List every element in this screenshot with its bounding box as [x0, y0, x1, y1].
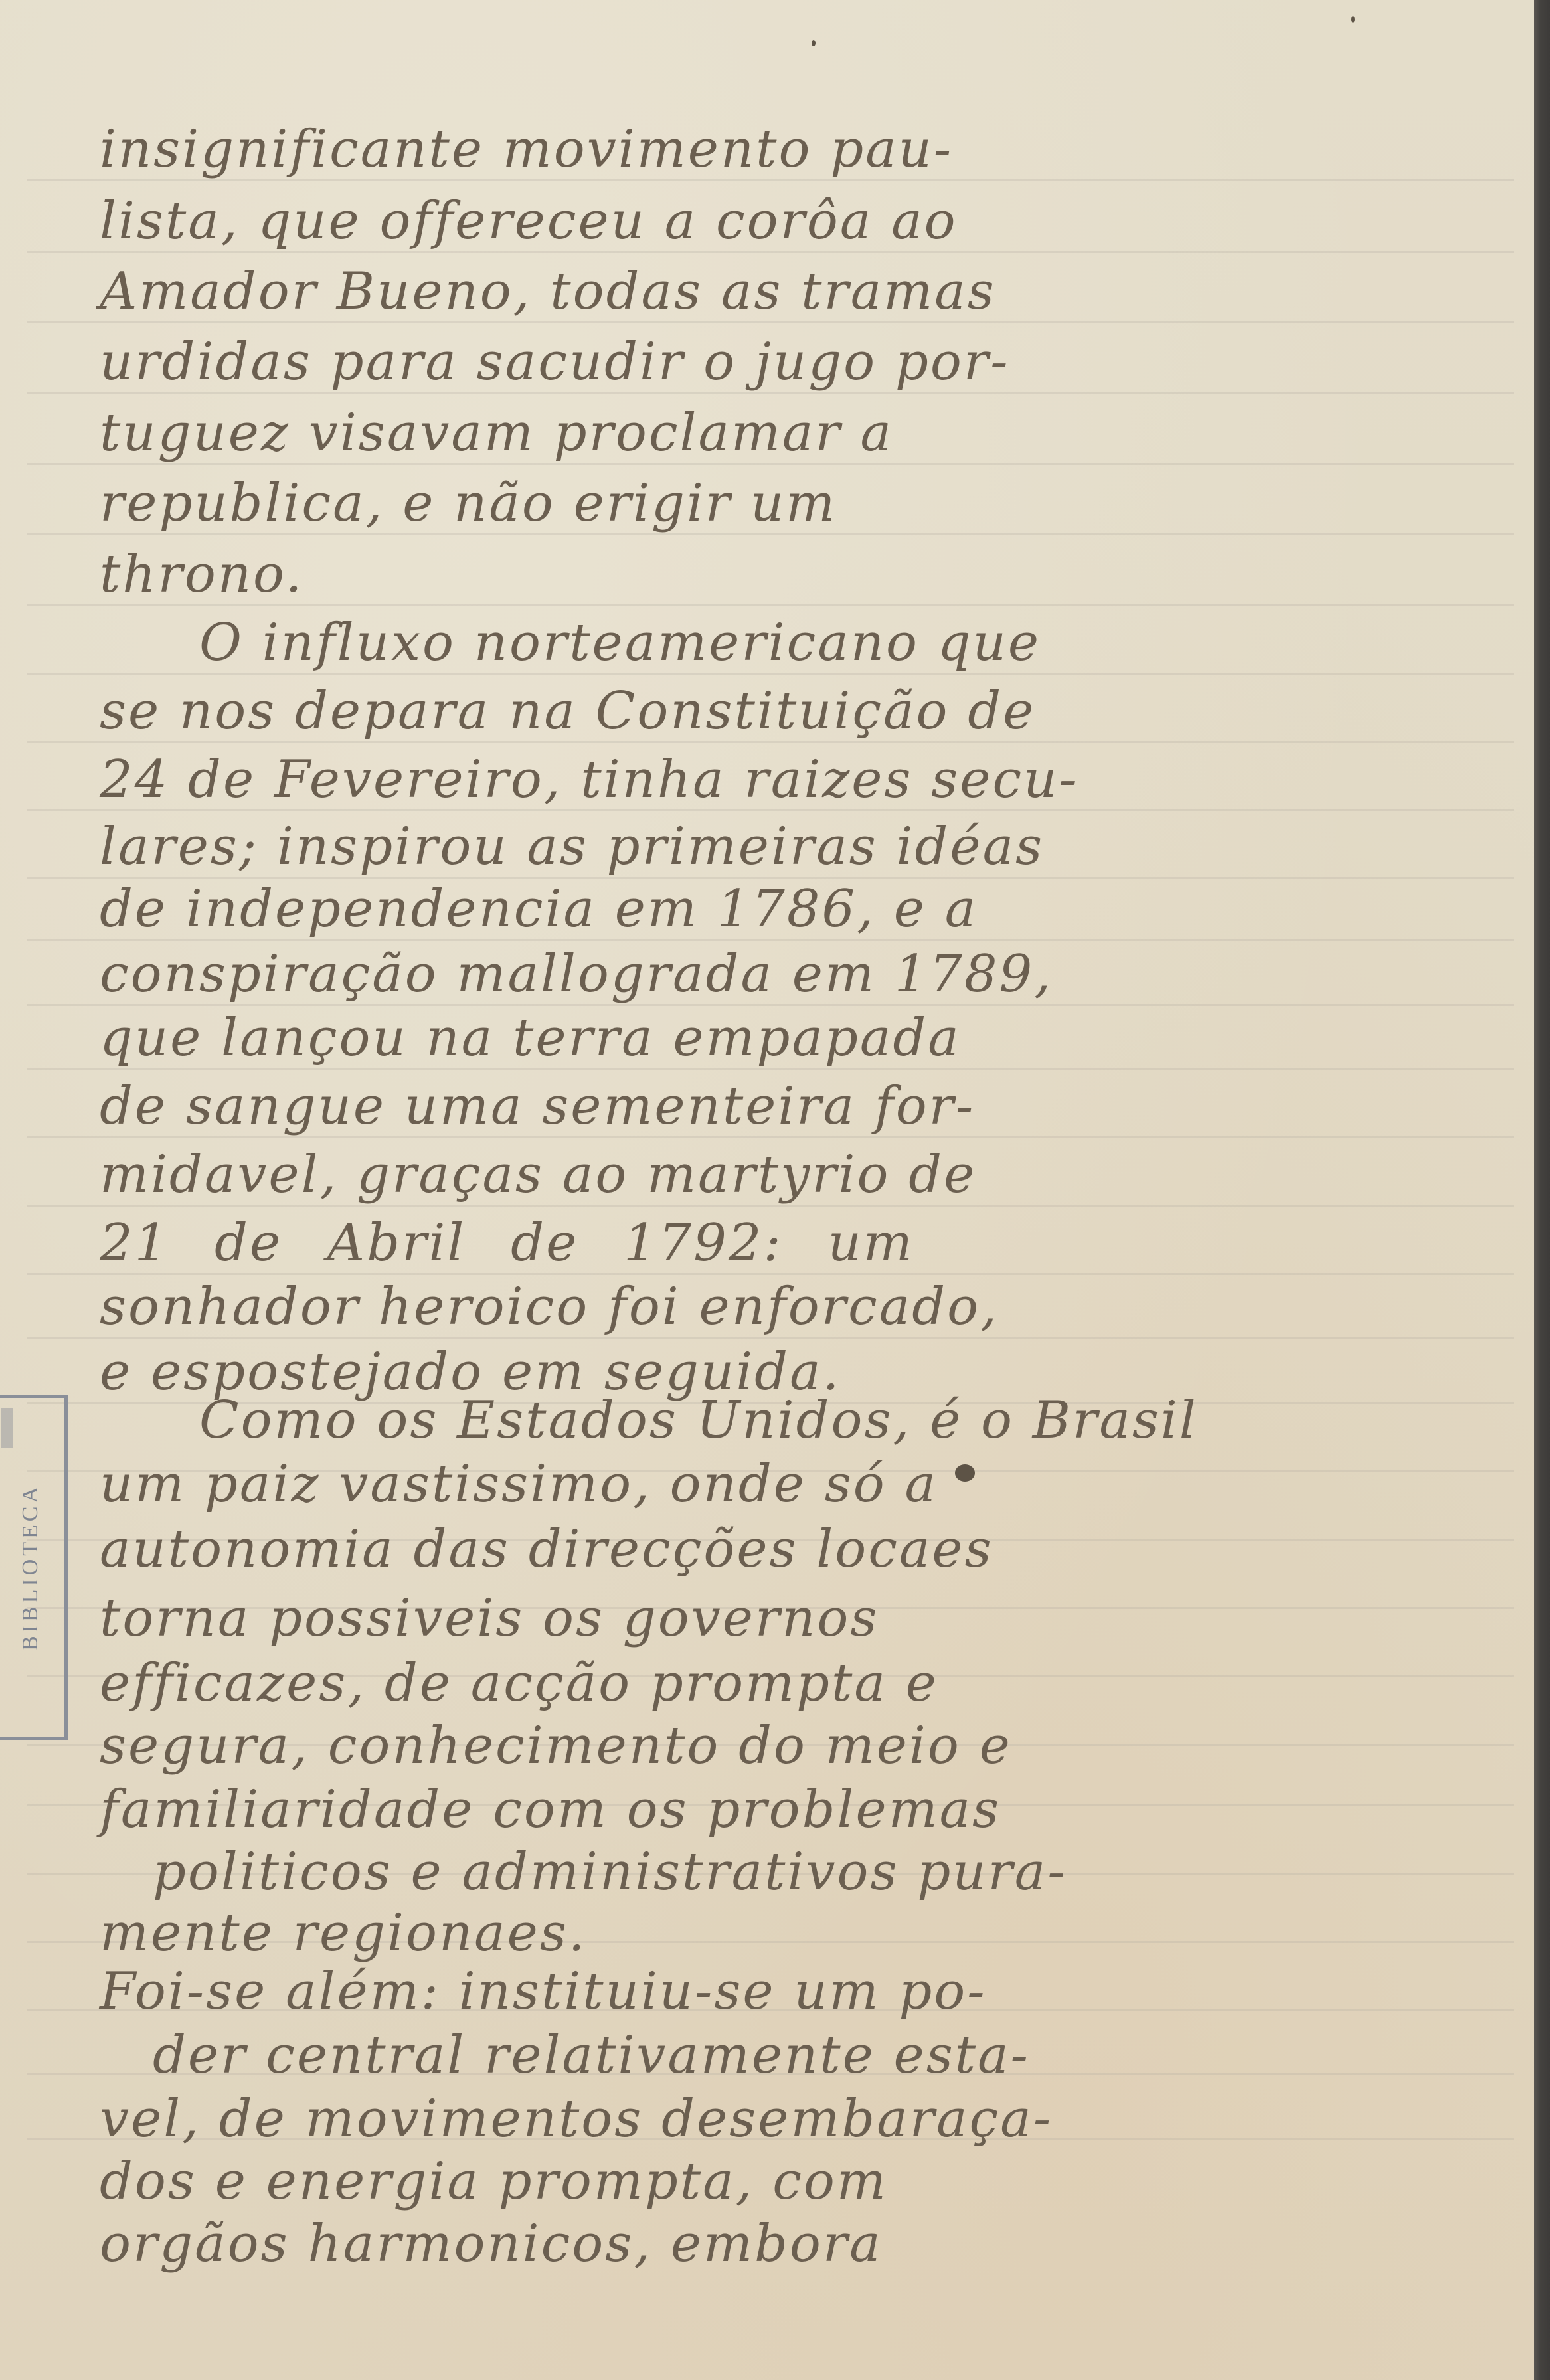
ruled-line: [27, 1004, 1514, 1006]
ruled-line: [27, 392, 1514, 394]
library-stamp: BIBLIOTECA: [0, 1395, 68, 1740]
manuscript-line: segura, conhecimento do meio e: [100, 1720, 1012, 1772]
manuscript-line: torna possiveis os governos: [100, 1592, 879, 1644]
manuscript-line: vel, de movimentos desembaraça-: [100, 2093, 1053, 2145]
manuscript-line: dos e energia prompta, com: [100, 2156, 888, 2207]
stamp-fragment: [1, 1408, 13, 1448]
manuscript-line: lares; inspirou as primeiras idéas: [100, 821, 1044, 873]
ruled-line: [27, 321, 1514, 323]
manuscript-line: O influxo norteamericano que: [199, 617, 1041, 669]
manuscript-line: republica, e não erigir um: [100, 477, 837, 529]
ruled-line: [27, 1136, 1514, 1138]
ruled-line: [27, 604, 1514, 606]
ruled-line: [27, 939, 1514, 941]
ruled-line: [27, 1273, 1514, 1275]
manuscript-line: tuguez visavam proclamar a: [100, 407, 893, 459]
manuscript-line: que lançou na terra empapada: [100, 1012, 961, 1064]
ruled-line: [27, 877, 1514, 879]
manuscript-line: de sangue uma sementeira for-: [100, 1080, 975, 1132]
manuscript-line: se nos depara na Constituição de: [100, 685, 1035, 737]
manuscript-line: mente regionaes.: [100, 1907, 587, 1959]
manuscript-line: orgãos harmonicos, embora: [100, 2218, 883, 2270]
manuscript-line: politicos e administrativos pura-: [153, 1846, 1067, 1898]
manuscript-line: Como os Estados Unidos, é o Brasil: [199, 1395, 1198, 1446]
manuscript-line: lista, que offereceu a corôa ao: [100, 195, 958, 247]
manuscript-line: urdidas para sacudir o jugo por-: [100, 336, 1009, 388]
stamp-text: BIBLIOTECA: [18, 1454, 43, 1680]
page-edge-shadow: [1534, 0, 1550, 2380]
manuscript-line: Amador Bueno, todas as tramas: [100, 266, 996, 317]
ruled-line: [27, 463, 1514, 465]
manuscript-line: de independencia em 1786, e a: [100, 883, 978, 935]
manuscript-line: der central relativamente esta-: [153, 2029, 1030, 2081]
ruled-line: [27, 251, 1514, 253]
manuscript-line: insignificante movimento pau-: [100, 124, 953, 175]
ruled-line: [27, 1068, 1514, 1070]
ruled-line: [27, 741, 1514, 743]
paper-speck: [812, 40, 816, 46]
manuscript-page: insignificante movimento pau- lista, que…: [0, 0, 1534, 2380]
manuscript-line: midavel, graças ao martyrio de: [100, 1149, 976, 1201]
paper-speck: [1351, 16, 1355, 23]
manuscript-line: efficazes, de acção prompta e: [100, 1657, 938, 1709]
ruled-line: [27, 1337, 1514, 1339]
manuscript-line: 21 de Abril de 1792: um: [100, 1217, 914, 1269]
ink-blot: [955, 1464, 975, 1482]
ruled-line: [27, 809, 1514, 811]
manuscript-line: autonomia das direcções locaes: [100, 1523, 993, 1575]
ruled-line: [27, 673, 1514, 675]
manuscript-line: sonhador heroico foi enforcado,: [100, 1281, 999, 1333]
manuscript-line: throno.: [100, 549, 303, 600]
ruled-line: [27, 533, 1514, 535]
ruled-line: [27, 179, 1514, 181]
manuscript-line: familiaridade com os problemas: [100, 1784, 1001, 1835]
ruled-line: [27, 1205, 1514, 1207]
manuscript-line: um paiz vastissimo, onde só a: [100, 1458, 938, 1510]
manuscript-line: conspiração mallograda em 1789,: [100, 948, 1053, 1000]
manuscript-line: 24 de Fevereiro, tinha raizes secu-: [100, 754, 1078, 806]
manuscript-line: Foi-se além: instituiu-se um po-: [100, 1966, 987, 2017]
